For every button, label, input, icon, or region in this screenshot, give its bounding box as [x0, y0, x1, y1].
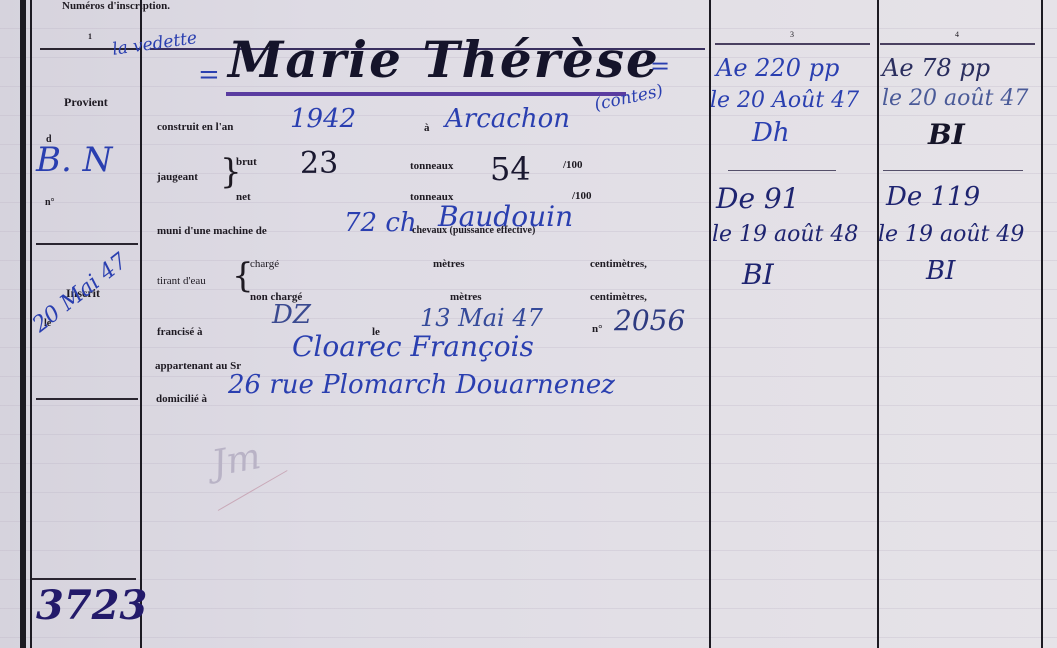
col4-index: 4: [955, 30, 959, 39]
col3-entry-d-line2: le 19 août 48: [712, 222, 858, 247]
owner-name: Cloarec François: [292, 330, 534, 363]
draught-label: tirant d'eau: [157, 275, 206, 287]
col3-entry-d-line1: De 91: [716, 182, 800, 215]
unloaded-centimetres: centimètres,: [590, 291, 647, 303]
unloaded-metres: mètres: [450, 291, 482, 303]
col4-entry-d-line1: De 119: [886, 182, 980, 212]
vessel-name-underline: [226, 92, 626, 96]
net-label: net: [236, 191, 251, 203]
loaded-label: chargé: [250, 258, 279, 270]
header-rule-col4: [880, 43, 1035, 45]
col3-entry-d-sign: BI: [742, 258, 774, 291]
equals-mark-right: =: [650, 52, 670, 80]
outer-border-thick: [20, 0, 26, 648]
engine-value: 72 ch: [344, 208, 417, 238]
rule-col3-mid: [728, 170, 836, 171]
registration-number: 3723: [36, 582, 147, 629]
header-rule-col3: [715, 43, 870, 45]
col3-entry-a-line2: le 20 Août 47: [710, 88, 859, 113]
col4-entry-a-sign: BI: [928, 118, 965, 151]
header-index-1: 1: [88, 32, 92, 41]
col3-index: 3: [790, 30, 794, 39]
col4-entry-a-line1: Ae 78 pp: [882, 54, 990, 82]
col3-entry-a-sign: Dh: [752, 118, 790, 148]
francise-number: 2056: [614, 304, 685, 337]
engine-make: Baudouin: [438, 200, 573, 233]
col3-entry-a-line1: Ae 220 pp: [716, 54, 839, 82]
gross-tons: 23: [300, 146, 338, 181]
gross-hundredths: 54: [490, 150, 531, 188]
rule-reg-number: [32, 578, 136, 580]
loaded-metres: mètres: [433, 258, 465, 270]
francise-date: 13 Mai 47: [420, 304, 543, 332]
francise-place: DZ: [272, 300, 311, 330]
gauge-label: jaugeant: [157, 171, 198, 183]
vessel-name: Marie Thérèse: [228, 30, 660, 89]
built-year: 1942: [290, 104, 356, 134]
header-numeros: Numéros d'inscription.: [62, 0, 170, 12]
built-place: Arcachon: [445, 104, 570, 134]
column-divider-4: [1041, 0, 1043, 648]
domicile-label: domicilié à: [156, 393, 207, 405]
equals-mark-left: =: [198, 60, 220, 90]
tons-label: tonneaux: [410, 160, 453, 172]
francise-no-label: n°: [592, 323, 603, 335]
gross-per100: /100: [563, 159, 583, 171]
provient-value: B. N: [36, 140, 112, 180]
rule-inscrit: [36, 398, 138, 400]
col4-entry-d-line2: le 19 août 49: [878, 222, 1024, 247]
built-label: construit en l'an: [157, 121, 233, 133]
domicile-value: 26 rue Plomarch Douarnenez: [228, 370, 615, 400]
loaded-centimetres: centimètres,: [590, 258, 647, 270]
rule-provient: [36, 243, 138, 245]
francise-label: francisé à: [157, 326, 203, 338]
outer-border-thin: [30, 0, 32, 648]
rule-col4-mid: [883, 170, 1023, 171]
col4-entry-d-sign: BI: [926, 256, 955, 286]
col4-entry-a-line2: le 20 août 47: [882, 86, 1028, 111]
net-per100: /100: [572, 190, 592, 202]
provient-label: Provient: [64, 95, 108, 110]
provient-no-label: n°: [45, 197, 55, 208]
gross-label: brut: [236, 156, 257, 168]
column-divider-1: [140, 0, 142, 648]
pencil-note: Jm: [209, 436, 264, 485]
column-divider-3: [877, 0, 879, 648]
engine-label: muni d'une machine de: [157, 225, 267, 237]
built-at-label: à: [424, 122, 430, 134]
